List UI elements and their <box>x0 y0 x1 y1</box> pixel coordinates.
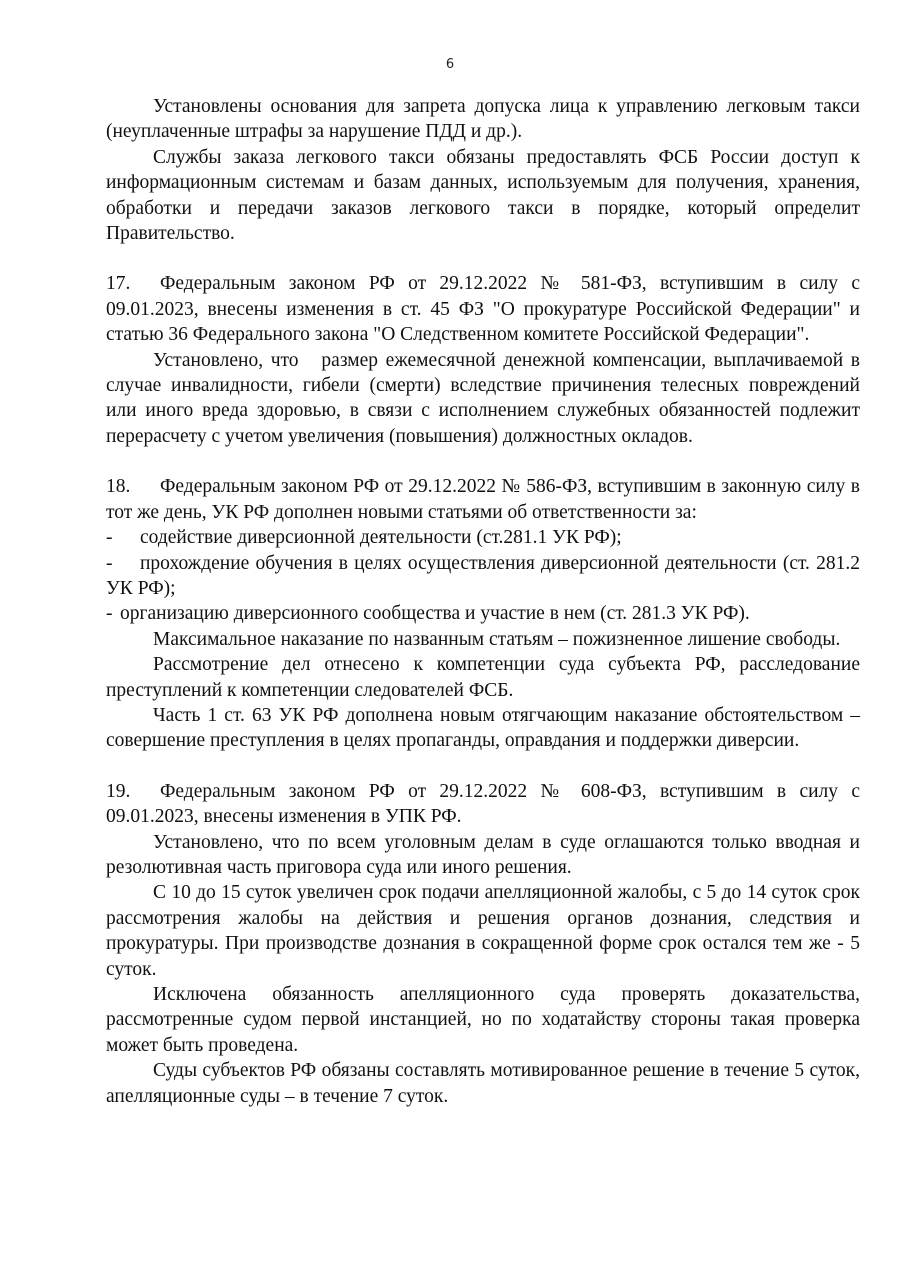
section-heading: 17.Федеральным законом РФ от 29.12.2022 … <box>106 271 860 347</box>
section-heading: 18.Федеральным законом РФ от 29.12.2022 … <box>106 474 860 525</box>
section-paragraph: Часть 1 ст. 63 УК РФ дополнена новым отя… <box>106 703 860 754</box>
section-heading: 19.Федеральным законом РФ от 29.12.2022 … <box>106 779 860 830</box>
dash-bullet-icon: - <box>106 551 140 576</box>
bullet-item: -организацию диверсионного сообщества и … <box>106 601 860 626</box>
page-number: 6 <box>0 57 900 72</box>
bullet-text: прохождение обучения в целях осуществлен… <box>106 553 860 599</box>
dash-bullet-icon: - <box>106 525 140 550</box>
dash-bullet-icon: - <box>106 601 120 626</box>
bullet-text: содействие диверсионной деятельности (ст… <box>140 527 622 548</box>
section-heading-text: Федеральным законом РФ от 29.12.2022 № 5… <box>106 476 860 522</box>
document-body: Установлены основания для запрета допуск… <box>106 94 860 1109</box>
bullet-item: -содействие диверсионной деятельности (с… <box>106 525 860 550</box>
section-paragraph: Рассмотрение дел отнесено к компетенции … <box>106 652 860 703</box>
bullet-item: -прохождение обучения в целях осуществле… <box>106 551 860 602</box>
section-paragraph: Установлено, что по всем уголовным делам… <box>106 830 860 881</box>
section-18: 18.Федеральным законом РФ от 29.12.2022 … <box>106 474 860 753</box>
section-heading-text: Федеральным законом РФ от 29.12.2022 № 5… <box>106 273 860 345</box>
intro-paragraph: Службы заказа легкового такси обязаны пр… <box>106 145 860 247</box>
section-paragraph: Максимальное наказание по названным стат… <box>106 627 860 652</box>
section-paragraph: С 10 до 15 суток увеличен срок подачи ап… <box>106 880 860 982</box>
section-number: 17. <box>106 271 160 296</box>
section-paragraph: Исключена обязанность апелляционного суд… <box>106 982 860 1058</box>
section-number: 19. <box>106 779 160 804</box>
section-number: 18. <box>106 474 160 499</box>
section-gap <box>106 449 860 474</box>
section-19: 19.Федеральным законом РФ от 29.12.2022 … <box>106 779 860 1109</box>
section-gap <box>106 246 860 271</box>
intro-paragraph: Установлены основания для запрета допуск… <box>106 94 860 145</box>
section-17: 17.Федеральным законом РФ от 29.12.2022 … <box>106 271 860 449</box>
section-heading-text: Федеральным законом РФ от 29.12.2022 № 6… <box>106 781 860 827</box>
section-paragraph: Суды субъектов РФ обязаны составлять мот… <box>106 1058 860 1109</box>
section-paragraph: Установлено, что размер ежемесячной дене… <box>106 348 860 450</box>
document-page: 6 Установлены основания для запрета допу… <box>0 0 900 1272</box>
bullet-text: организацию диверсионного сообщества и у… <box>120 603 750 624</box>
section-gap <box>106 754 860 779</box>
